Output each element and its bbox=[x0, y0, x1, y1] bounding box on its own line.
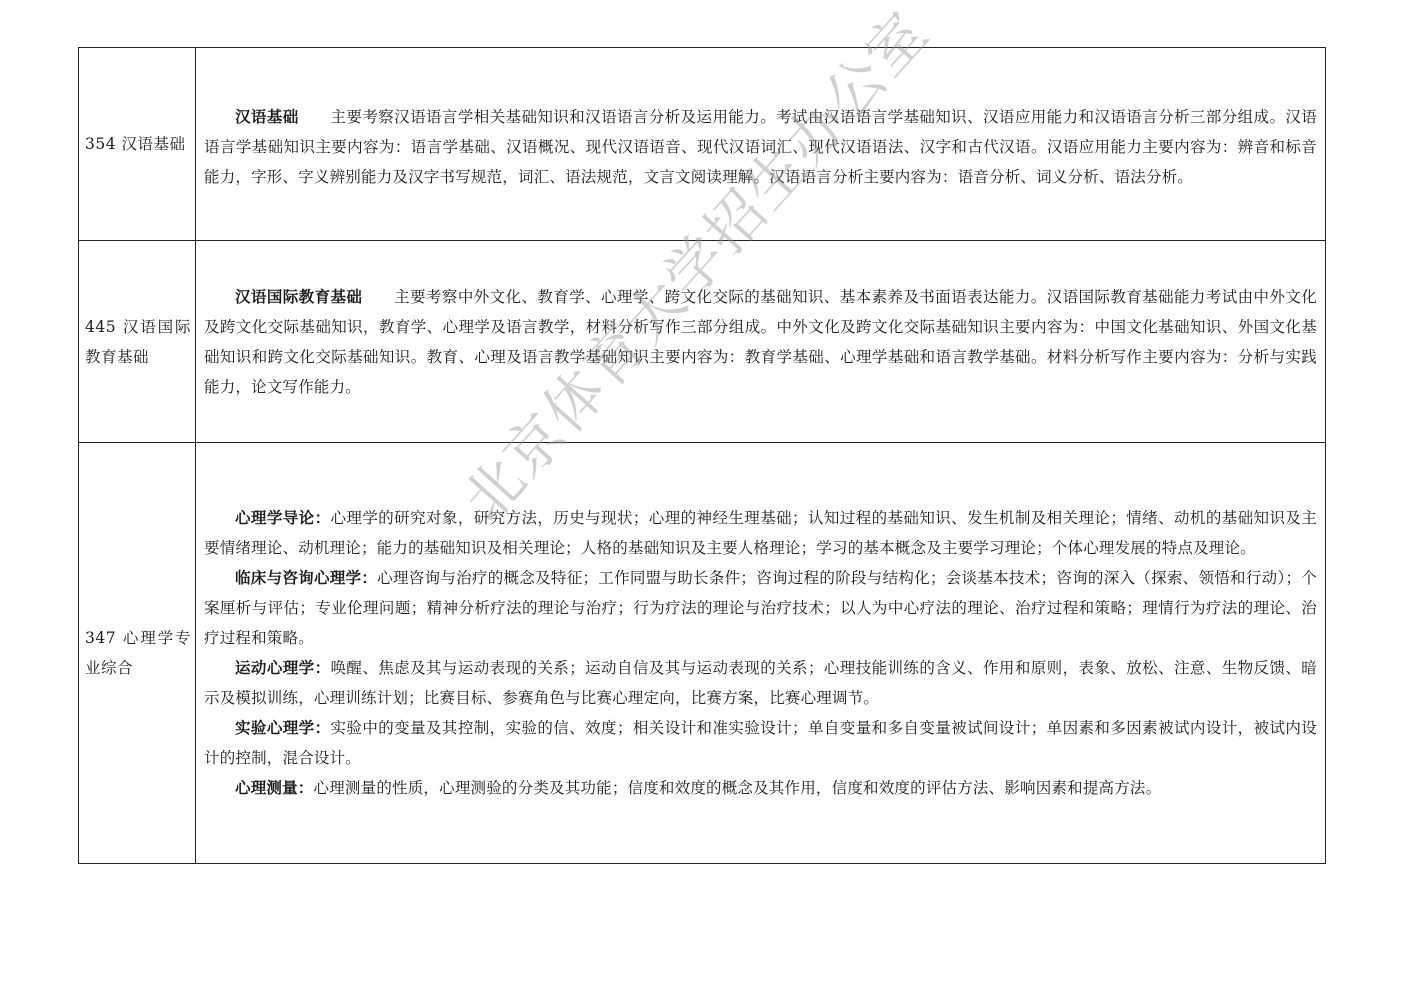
description-paragraph: 心理测量：心理测量的性质，心理测验的分类及其功能；信度和效度的概念及其作用，信度… bbox=[204, 773, 1317, 803]
section-text: 心理学的研究对象，研究方法，历史与现状；心理的神经生理基础；认知过程的基础知识、… bbox=[204, 509, 1317, 557]
table-row-445: 445 汉语国际教育基础 汉语国际教育基础 主要考察中外文化、教育学、心理学、跨… bbox=[79, 241, 1326, 443]
title-separator bbox=[299, 108, 315, 126]
subject-code-cell: 347 心理学专业综合 bbox=[79, 443, 196, 864]
section-text: 唤醒、焦虑及其与运动表现的关系；运动自信及其与运动表现的关系；心理技能训练的含义… bbox=[204, 659, 1317, 707]
description-paragraph: 汉语基础 主要考察汉语语言学相关基础知识和汉语语言分析及运用能力。考试由汉语语言… bbox=[204, 102, 1317, 192]
description-paragraph: 汉语国际教育基础 主要考察中外文化、教育学、心理学、跨文化交际的基础知识、基本素… bbox=[204, 282, 1317, 402]
subject-title: 汉语国际教育基础 bbox=[235, 287, 362, 306]
description-paragraph: 临床与咨询心理学：心理咨询与治疗的概念及特征；工作同盟与助长条件；咨询过程的阶段… bbox=[204, 563, 1317, 653]
description-paragraph: 运动心理学：唤醒、焦虑及其与运动表现的关系；运动自信及其与运动表现的关系；心理技… bbox=[204, 653, 1317, 713]
section-title: 临床与咨询心理学： bbox=[235, 568, 377, 587]
subject-description-cell: 汉语基础 主要考察汉语语言学相关基础知识和汉语语言分析及运用能力。考试由汉语语言… bbox=[196, 48, 1326, 241]
exam-syllabus-table: 354 汉语基础 汉语基础 主要考察汉语语言学相关基础知识和汉语语言分析及运用能… bbox=[78, 47, 1326, 864]
subject-title: 汉语基础 bbox=[235, 107, 299, 126]
section-text: 心理测量的性质，心理测验的分类及其功能；信度和效度的概念及其作用，信度和效度的评… bbox=[314, 779, 1162, 797]
section-text: 实验中的变量及其控制，实验的信、效度；相关设计和准实验设计；单自变量和多自变量被… bbox=[204, 719, 1317, 767]
title-separator bbox=[362, 288, 378, 306]
subject-description-cell: 心理学导论：心理学的研究对象，研究方法，历史与现状；心理的神经生理基础；认知过程… bbox=[196, 443, 1326, 864]
subject-code-cell: 445 汉语国际教育基础 bbox=[79, 241, 196, 443]
section-title: 心理学导论： bbox=[235, 508, 331, 527]
description-paragraph: 实验心理学：实验中的变量及其控制，实验的信、效度；相关设计和准实验设计；单自变量… bbox=[204, 713, 1317, 773]
section-title: 运动心理学： bbox=[235, 658, 331, 677]
description-text: 主要考察汉语语言学相关基础知识和汉语语言分析及运用能力。考试由汉语语言学基础知识… bbox=[204, 108, 1317, 186]
section-title: 实验心理学： bbox=[235, 718, 331, 737]
table-row-347: 347 心理学专业综合 心理学导论：心理学的研究对象，研究方法，历史与现状；心理… bbox=[79, 443, 1326, 864]
subject-description-cell: 汉语国际教育基础 主要考察中外文化、教育学、心理学、跨文化交际的基础知识、基本素… bbox=[196, 241, 1326, 443]
description-paragraph: 心理学导论：心理学的研究对象，研究方法，历史与现状；心理的神经生理基础；认知过程… bbox=[204, 503, 1317, 563]
section-title: 心理测量： bbox=[235, 778, 314, 797]
table-row-354: 354 汉语基础 汉语基础 主要考察汉语语言学相关基础知识和汉语语言分析及运用能… bbox=[79, 48, 1326, 241]
subject-code-cell: 354 汉语基础 bbox=[79, 48, 196, 241]
